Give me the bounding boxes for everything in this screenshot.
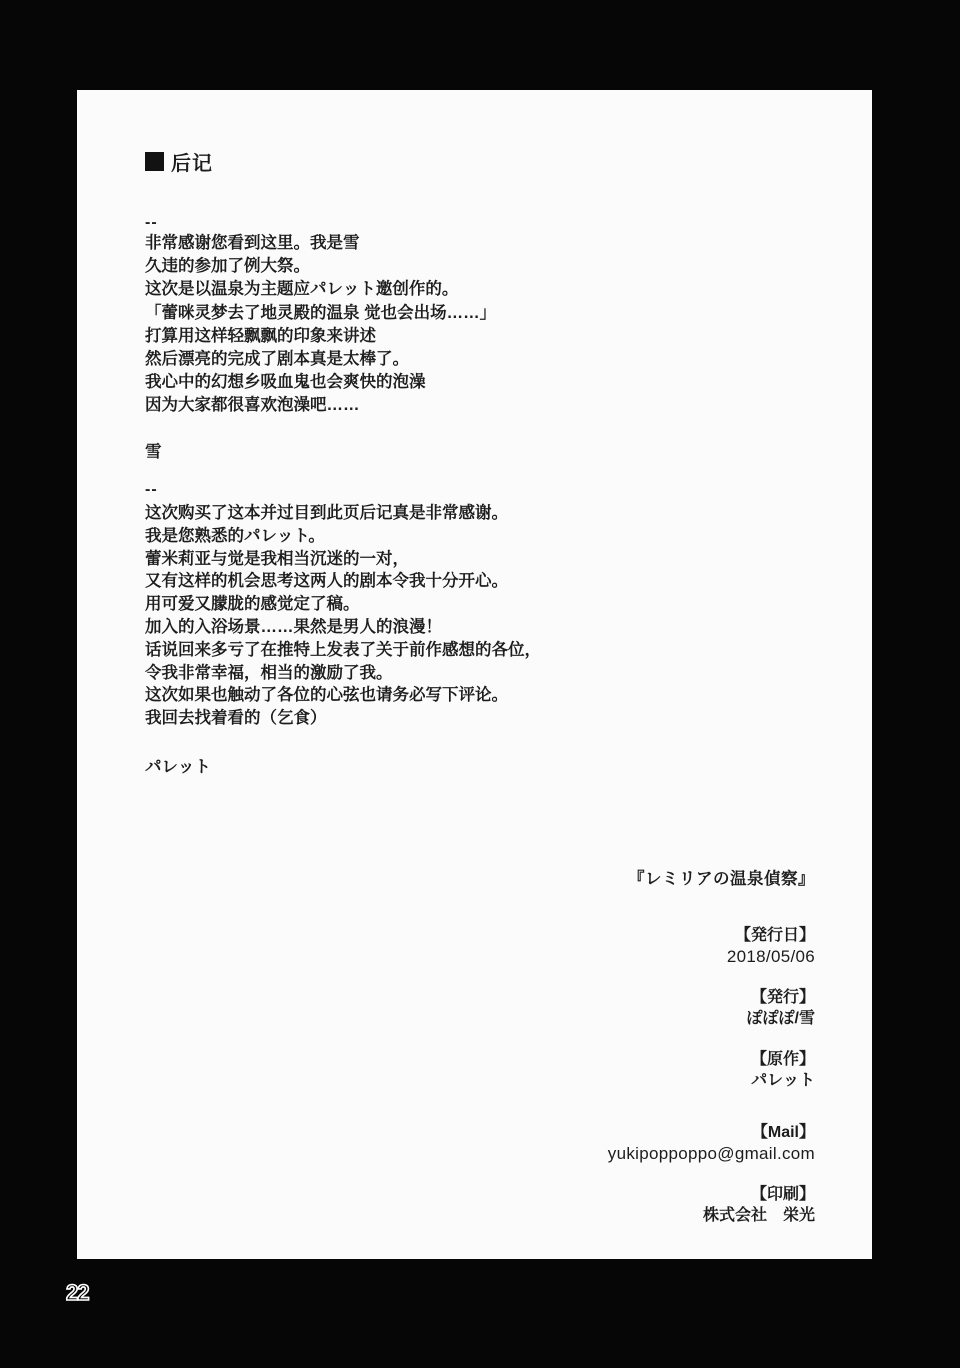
page-number: 22	[66, 1280, 88, 1306]
afterword-heading: 后记	[145, 147, 213, 176]
colophon-label: 【原作】	[751, 1049, 815, 1070]
book-title: 『レミリアの温泉偵察』	[628, 865, 815, 889]
colophon-entry: 【印刷】 株式会社 栄光	[703, 1184, 815, 1226]
colophon-entry: 【発行日】 2018/05/06	[727, 925, 815, 967]
afterword-line: 加入的入浴场景……果然是男人的浪漫！	[145, 616, 541, 639]
colophon-entry: 【Mail】 yukipoppoppo@gmail.com	[608, 1122, 815, 1164]
afterword-line: 因为大家都很喜欢泡澡吧……	[145, 394, 496, 417]
page: 后记 -- 非常感谢您看到这里。我是雪 久违的参加了例大祭。 这次是以温泉为主题…	[77, 90, 872, 1259]
signature-palette: パレット	[145, 753, 211, 777]
divider: --	[145, 481, 158, 499]
colophon-label: 【Mail】	[608, 1122, 815, 1143]
colophon-value: 2018/05/06	[727, 946, 815, 967]
afterword-line: 「蕾咪灵梦去了地灵殿的温泉 觉也会出场……」	[145, 302, 496, 325]
afterword-line: 这次购买了这本并过目到此页后记真是非常感谢。	[145, 502, 541, 525]
afterword-line: 我心中的幻想乡吸血鬼也会爽快的泡澡	[145, 371, 496, 394]
afterword-paragraph-1: 非常感谢您看到这里。我是雪 久违的参加了例大祭。 这次是以温泉为主题应パレット邀…	[145, 232, 496, 418]
afterword-line: 然后漂亮的完成了剧本真是太棒了。	[145, 348, 496, 371]
afterword-line: 我回去找着看的（乞食）	[145, 707, 541, 730]
afterword-line: 这次是以温泉为主题应パレット邀创作的。	[145, 278, 496, 301]
afterword-line: 久违的参加了例大祭。	[145, 255, 496, 278]
section-marker-icon	[145, 152, 164, 171]
afterword-line: 用可爱又朦胧的感觉定了稿。	[145, 593, 541, 616]
afterword-line: 又有这样的机会思考这两人的剧本令我十分开心。	[145, 570, 541, 593]
afterword-line: 蕾米莉亚与觉是我相当沉迷的一对，	[145, 548, 541, 571]
colophon-value: ぽぽぽ/雪	[747, 1008, 815, 1029]
afterword-line: 打算用这样轻飘飘的印象来讲述	[145, 325, 496, 348]
afterword-line: 令我非常幸福，相当的激励了我。	[145, 662, 541, 685]
signature-yuki: 雪	[145, 438, 162, 462]
colophon-label: 【発行日】	[727, 925, 815, 946]
colophon-value: パレット	[751, 1070, 815, 1091]
afterword-paragraph-2: 这次购买了这本并过目到此页后记真是非常感谢。 我是您熟悉的パレット。 蕾米莉亚与…	[145, 502, 541, 730]
afterword-line: 非常感谢您看到这里。我是雪	[145, 232, 496, 255]
colophon-label: 【発行】	[747, 987, 815, 1008]
afterword-line: 这次如果也触动了各位的心弦也请务必写下评论。	[145, 684, 541, 707]
afterword-line: 我是您熟悉的パレット。	[145, 525, 541, 548]
colophon-entry: 【原作】 パレット	[751, 1049, 815, 1091]
afterword-line: 话说回来多亏了在推特上发表了关于前作感想的各位，	[145, 639, 541, 662]
colophon-value: 株式会社 栄光	[703, 1205, 815, 1226]
colophon-value: yukipoppoppo@gmail.com	[608, 1143, 815, 1164]
colophon-entry: 【発行】 ぽぽぽ/雪	[747, 987, 815, 1029]
afterword-heading-text: 后记	[171, 147, 213, 176]
divider: --	[145, 214, 158, 232]
colophon-label: 【印刷】	[703, 1184, 815, 1205]
scan-background: 后记 -- 非常感谢您看到这里。我是雪 久违的参加了例大祭。 这次是以温泉为主题…	[0, 0, 960, 1368]
